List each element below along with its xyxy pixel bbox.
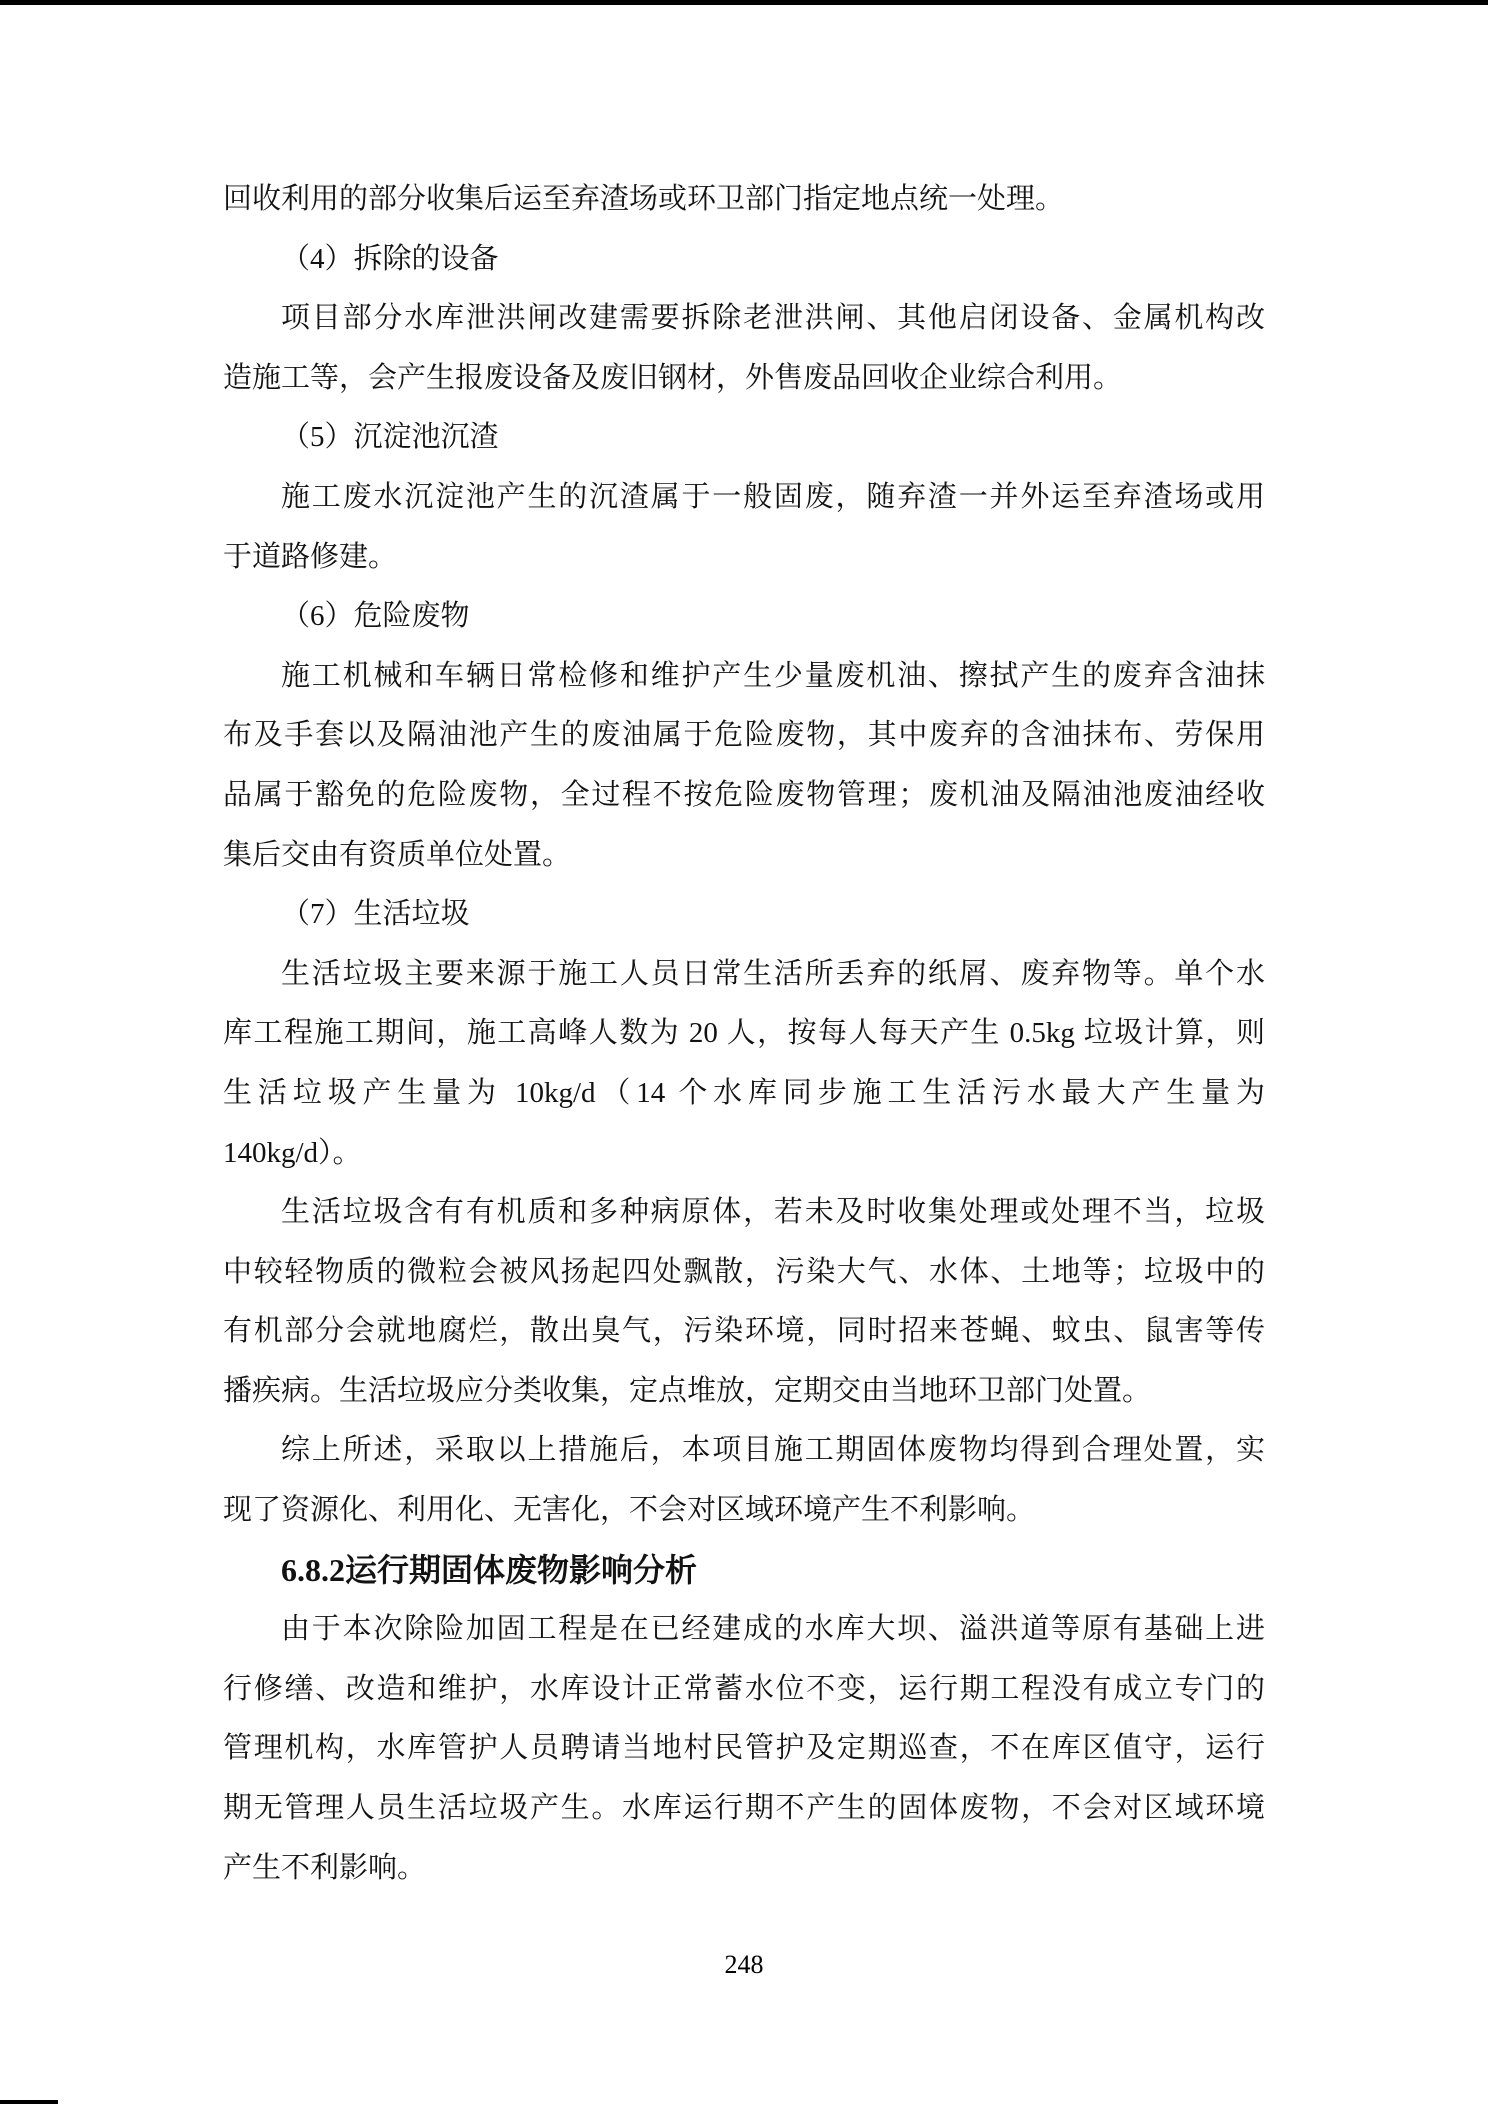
paragraph-line: 回收利用的部分收集后运至弃渣场或环卫部门指定地点统一处理。 <box>223 170 1265 230</box>
paragraph-line: 行修缮、改造和维护，水库设计正常蓄水位不变，运行期工程没有成立专门的 <box>223 1660 1265 1720</box>
scan-mark-bottom-left <box>0 2100 58 2104</box>
page-number: 248 <box>0 1950 1488 1980</box>
paragraph-line: 管理机构，水库管护人员聘请当地村民管护及定期巡查，不在库区值守，运行 <box>223 1719 1265 1779</box>
text-body: 回收利用的部分收集后运至弃渣场或环卫部门指定地点统一处理。 （4）拆除的设备 项… <box>223 170 1265 1898</box>
paragraph-line: 综上所述，采取以上措施后，本项目施工期固体废物均得到合理处置，实 <box>223 1421 1265 1481</box>
paragraph-line: 生活垃圾主要来源于施工人员日常生活所丢弃的纸屑、废弃物等。单个水 <box>223 945 1265 1005</box>
paragraph-line: 施工废水沉淀池产生的沉渣属于一般固废，随弃渣一并外运至弃渣场或用 <box>223 468 1265 528</box>
paragraph-line: 播疾病。生活垃圾应分类收集，定点堆放，定期交由当地环卫部门处置。 <box>223 1362 1265 1422</box>
list-item-4: （4）拆除的设备 <box>223 230 1265 290</box>
paragraph-line: 由于本次除险加固工程是在已经建成的水库大坝、溢洪道等原有基础上进 <box>223 1600 1265 1660</box>
section-heading: 6.8.2运行期固体废物影响分析 <box>223 1541 1265 1601</box>
paragraph-line: 期无管理人员生活垃圾产生。水库运行期不产生的固体废物，不会对区域环境 <box>223 1779 1265 1839</box>
paragraph-line: 布及手套以及隔油池产生的废油属于危险废物，其中废弃的含油抹布、劳保用 <box>223 706 1265 766</box>
paragraph-line: 中较轻物质的微粒会被风扬起四处飘散，污染大气、水体、土地等；垃圾中的 <box>223 1243 1265 1303</box>
list-item-6: （6）危险废物 <box>223 587 1265 647</box>
list-item-7: （7）生活垃圾 <box>223 885 1265 945</box>
list-item-5: （5）沉淀池沉渣 <box>223 408 1265 468</box>
paragraph-line: 品属于豁免的危险废物，全过程不按危险废物管理；废机油及隔油池废油经收 <box>223 766 1265 826</box>
paragraph-line: 施工机械和车辆日常检修和维护产生少量废机油、擦拭产生的废弃含油抹 <box>223 647 1265 707</box>
paragraph-line: 项目部分水库泄洪闸改建需要拆除老泄洪闸、其他启闭设备、金属机构改 <box>223 289 1265 349</box>
paragraph-line: 140kg/d）。 <box>223 1124 1265 1184</box>
paragraph-line: 于道路修建。 <box>223 528 1265 588</box>
paragraph-line: 生活垃圾含有有机质和多种病原体，若未及时收集处理或处理不当，垃圾 <box>223 1183 1265 1243</box>
paragraph-line: 现了资源化、利用化、无害化，不会对区域环境产生不利影响。 <box>223 1481 1265 1541</box>
paragraph-line: 造施工等，会产生报废设备及废旧钢材，外售废品回收企业综合利用。 <box>223 349 1265 409</box>
paragraph-line: 库工程施工期间，施工高峰人数为 20 人，按每人每天产生 0.5kg 垃圾计算，… <box>223 1004 1265 1064</box>
paragraph-line: 有机部分会就地腐烂，散出臭气，污染环境，同时招来苍蝇、蚊虫、鼠害等传 <box>223 1302 1265 1362</box>
paragraph-line: 集后交由有资质单位处置。 <box>223 826 1265 886</box>
scan-border-top <box>0 0 1488 5</box>
paragraph-line: 产生不利影响。 <box>223 1839 1265 1899</box>
document-page: 回收利用的部分收集后运至弃渣场或环卫部门指定地点统一处理。 （4）拆除的设备 项… <box>0 0 1488 2104</box>
paragraph-line: 生活垃圾产生量为 10kg/d（14 个水库同步施工生活污水最大产生量为 <box>223 1064 1265 1124</box>
